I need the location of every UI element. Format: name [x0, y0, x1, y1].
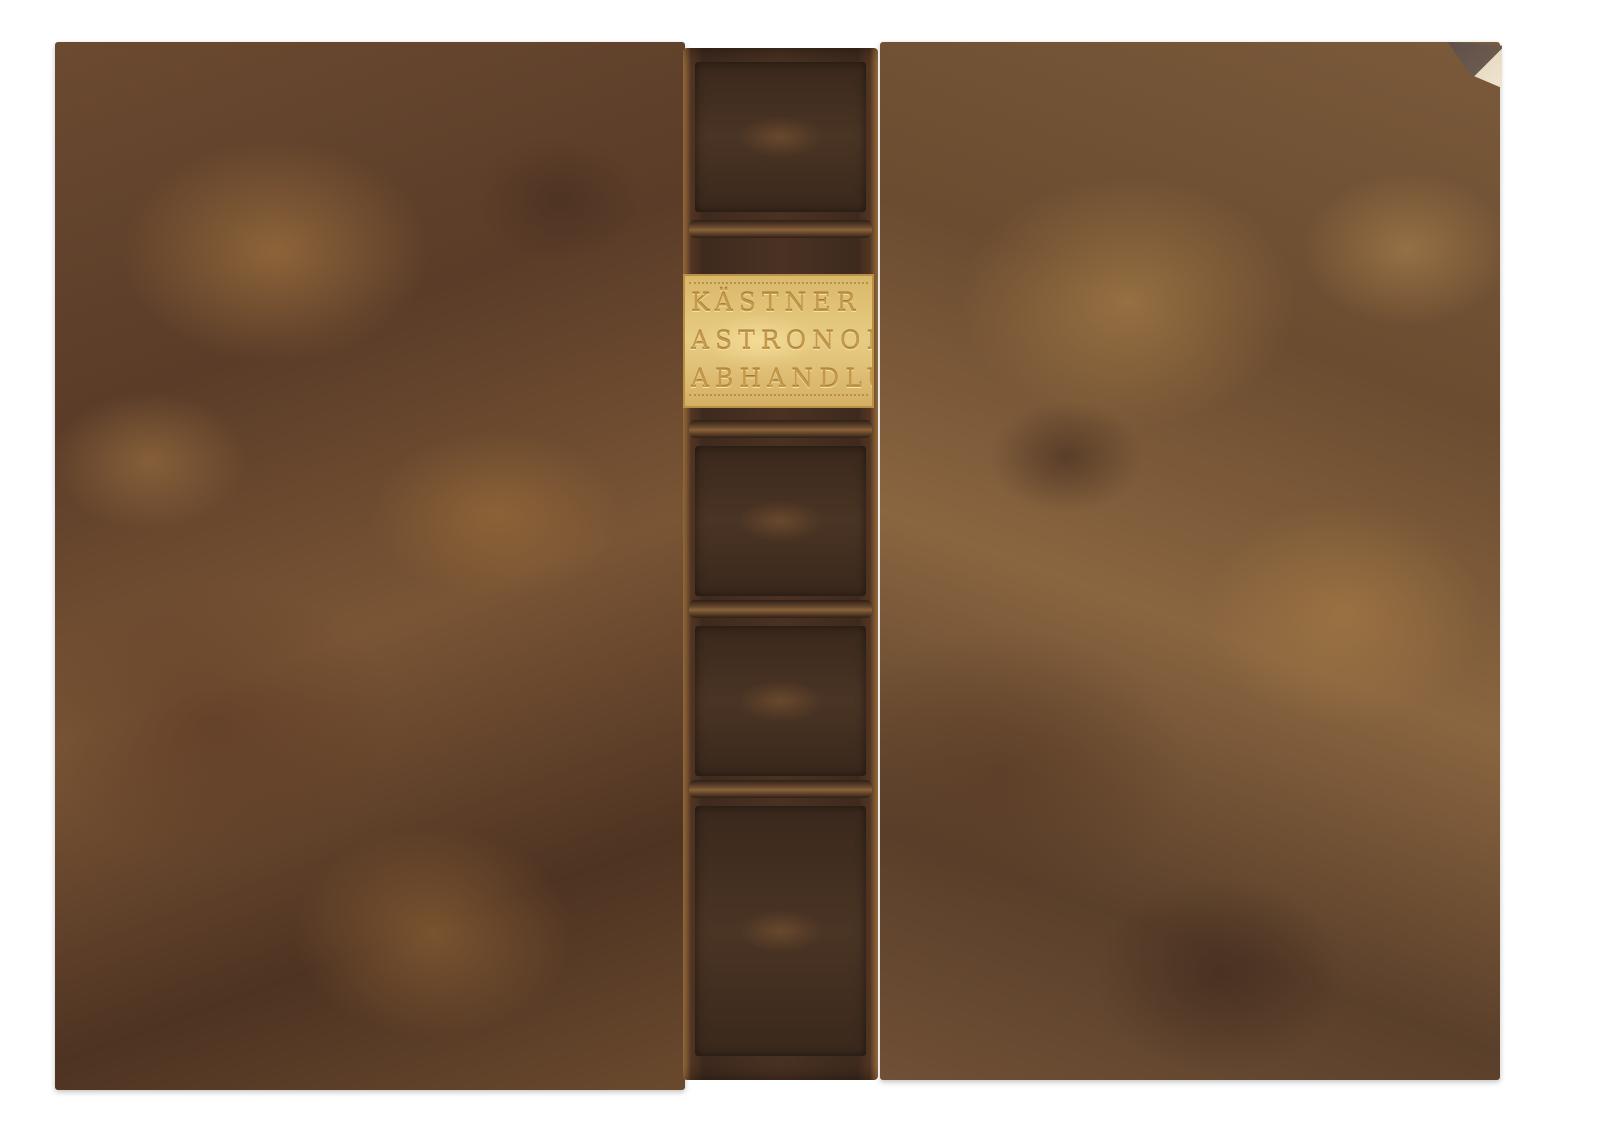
spine-raised-band-2 — [689, 420, 872, 438]
label-top-border — [689, 282, 868, 288]
spine-panel-2 — [695, 446, 866, 596]
spine-raised-band-3 — [689, 600, 872, 618]
label-line-subject: ASTRONOM — [691, 322, 874, 360]
spine-title-label: KÄSTNER ASTRONOM ABHANDLU — [683, 274, 874, 408]
spine-panel-3 — [695, 626, 866, 776]
spine-panel-4 — [695, 806, 866, 1056]
book-photo: KÄSTNER ASTRONOM ABHANDLU — [0, 0, 1600, 1135]
spine-raised-band-4 — [689, 780, 872, 798]
front-cover — [880, 42, 1500, 1080]
label-bottom-border — [689, 394, 868, 400]
back-cover — [55, 42, 685, 1090]
spine-panel-1 — [695, 62, 866, 212]
book-spine: KÄSTNER ASTRONOM ABHANDLU — [683, 48, 878, 1080]
label-line-type: ABHANDLU — [691, 360, 874, 398]
label-line-author: KÄSTNER — [691, 284, 861, 322]
spine-raised-band-1 — [689, 220, 872, 238]
